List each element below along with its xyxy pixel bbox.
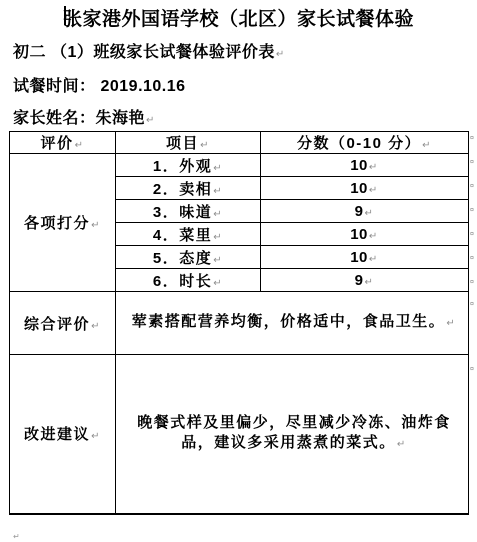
suggestion-label-text: 改进建议 — [24, 426, 90, 443]
overall-evaluation-row: 综合评价 荤素搭配营养均衡，价格适中，食品卫生。 — [10, 292, 469, 355]
paragraph-mark-icon — [212, 158, 223, 175]
parent-name-value[interactable]: 朱海艳 — [96, 110, 146, 127]
table-header-row: 评价 项目 分数（0-10 分） — [10, 132, 469, 154]
paragraph-mark-icon — [363, 203, 374, 220]
end-of-row-mark-icon — [470, 159, 474, 166]
form-subtitle-text: 初二 （1）班级家长试餐体验评价表 — [13, 44, 275, 61]
paragraph-mark-icon — [212, 227, 223, 244]
item-name-text: 6．时长 — [153, 273, 212, 290]
improvement-suggestion-row: 改进建议 晚餐式样及里偏少，尽里减少冷冻、油炸食品，建议多采用蒸煮的菜式。 — [10, 355, 469, 514]
header-score-text: 分数（0-10 分） — [297, 135, 421, 152]
item-name-cell: 1．外观 — [116, 154, 261, 177]
item-name-cell: 6．时长 — [116, 269, 261, 292]
paragraph-mark-icon — [199, 135, 210, 152]
paragraph-mark-icon — [90, 426, 101, 443]
evaluation-table: 评价 项目 分数（0-10 分） 各项打分 1．外观 10 2．卖相 10 3．… — [9, 131, 469, 515]
header-evaluation-text: 评价 — [41, 135, 74, 152]
item-score-cell[interactable]: 9 — [261, 269, 469, 292]
item-score-text[interactable]: 10 — [350, 180, 368, 197]
end-of-row-mark-icon — [470, 231, 474, 238]
overall-comment-cell[interactable]: 荤素搭配营养均衡，价格适中，食品卫生。 — [116, 292, 469, 355]
paragraph-mark-icon — [396, 434, 407, 451]
paragraph-mark-icon — [368, 226, 379, 243]
paragraph-mark-icon — [212, 250, 223, 267]
paragraph-mark-icon — [275, 44, 285, 61]
parent-name-label: 家长姓名： — [13, 110, 96, 127]
paragraph-mark-icon — [74, 135, 85, 152]
paragraph-mark-icon — [368, 249, 379, 266]
item-score-cell[interactable]: 10 — [261, 246, 469, 269]
header-evaluation: 评价 — [10, 132, 116, 154]
header-score: 分数（0-10 分） — [261, 132, 469, 154]
end-of-row-mark-icon — [470, 207, 474, 214]
paragraph-mark-icon — [368, 157, 379, 174]
paragraph-mark-icon — [145, 110, 155, 127]
meal-time-label: 试餐时间： — [13, 78, 96, 95]
paragraph-mark-icon — [368, 180, 379, 197]
overall-comment-text[interactable]: 荤素搭配营养均衡，价格适中，食品卫生。 — [132, 313, 446, 330]
end-of-row-mark-icon — [470, 279, 474, 286]
paragraph-mark-icon — [445, 313, 456, 330]
paragraph-mark-icon — [212, 273, 223, 290]
item-name-cell: 2．卖相 — [116, 177, 261, 200]
meal-time-value[interactable]: 2019.10.16 — [100, 78, 185, 95]
end-of-row-mark-icon — [470, 366, 474, 373]
item-name-text: 3．味道 — [153, 204, 212, 221]
header-item-text: 项目 — [166, 135, 199, 152]
item-name-text: 2．卖相 — [153, 181, 212, 198]
item-name-cell: 4．菜里 — [116, 223, 261, 246]
item-name-cell: 3．味道 — [116, 200, 261, 223]
end-of-row-mark-icon — [470, 183, 474, 190]
parent-name-line: 家长姓名：朱海艳 — [13, 105, 155, 128]
suggestion-comment-cell[interactable]: 晚餐式样及里偏少，尽里减少冷冻、油炸食品，建议多采用蒸煮的菜式。 — [116, 355, 469, 514]
paragraph-mark-icon — [421, 135, 432, 152]
item-name-text: 5．态度 — [153, 250, 212, 267]
form-subtitle: 初二 （1）班级家长试餐体验评价表 — [13, 39, 285, 62]
group-label-cell: 各项打分 — [10, 154, 116, 292]
document-title-text: 张家港外国语学校（北区）家长试餐体验 — [63, 9, 414, 30]
item-score-text[interactable]: 10 — [350, 226, 368, 243]
item-score-cell[interactable]: 9 — [261, 200, 469, 223]
document-page: 张家港外国语学校（北区）家长试餐体验 初二 （1）班级家长试餐体验评价表 试餐时… — [0, 0, 477, 542]
paragraph-mark-icon — [90, 316, 101, 333]
paragraph-mark-icon — [363, 272, 374, 289]
item-name-text: 1．外观 — [153, 158, 212, 175]
group-label-text: 各项打分 — [24, 215, 90, 232]
meal-time-line: 试餐时间： 2019.10.16 — [13, 73, 186, 96]
item-score-text[interactable]: 10 — [350, 249, 368, 266]
overall-label-cell: 综合评价 — [10, 292, 116, 355]
item-score-cell[interactable]: 10 — [261, 177, 469, 200]
end-of-row-mark-icon — [470, 255, 474, 262]
end-of-row-mark-icon — [470, 301, 474, 308]
paragraph-mark-icon — [90, 215, 101, 232]
overall-label-text: 综合评价 — [24, 316, 90, 333]
item-score-cell[interactable]: 10 — [261, 154, 469, 177]
paragraph-mark-icon — [212, 204, 223, 221]
item-name-cell: 5．态度 — [116, 246, 261, 269]
suggestion-label-cell: 改进建议 — [10, 355, 116, 514]
table-row: 各项打分 1．外观 10 — [10, 154, 469, 177]
item-score-cell[interactable]: 10 — [261, 223, 469, 246]
end-of-row-mark-icon — [470, 135, 474, 142]
paragraph-mark-icon — [212, 181, 223, 198]
item-name-text: 4．菜里 — [153, 227, 212, 244]
document-end-paragraph-mark-icon — [13, 526, 20, 542]
header-item: 项目 — [116, 132, 261, 154]
document-title: 张家港外国语学校（北区）家长试餐体验 — [0, 4, 477, 31]
item-score-text[interactable]: 10 — [350, 157, 368, 174]
